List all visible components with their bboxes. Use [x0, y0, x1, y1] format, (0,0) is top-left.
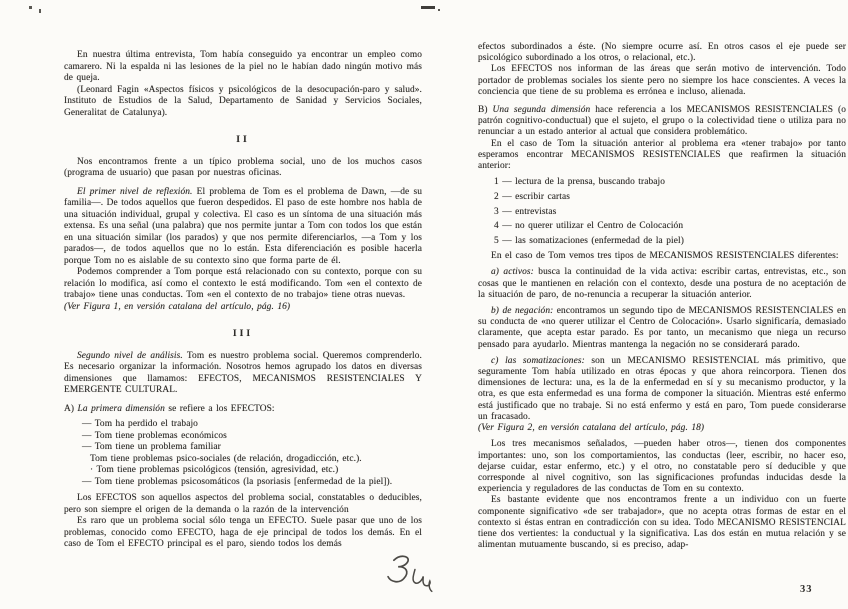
scanned-article-page: En nuestra última entrevista, Tom había … [0, 0, 848, 609]
paragraph-text: se refiere a los EFECTOS: [165, 404, 275, 414]
paragraph-dimension-b: B) Una segunda dimensión hace referencia… [478, 105, 846, 139]
handwritten-mark [382, 551, 437, 607]
paragraph-dimension-a: A) La primera dimensión se refiere a los… [64, 404, 422, 416]
page-number: 33 [800, 584, 813, 595]
italic-lead: La primera dimensión [78, 404, 165, 414]
list-item: 5 — las somatizaciones (enfermedad de la… [494, 236, 846, 247]
paragraph-three-types: En el caso de Tom vemos tres tipos de ME… [478, 251, 846, 262]
resistance-mechanisms-list: 1 — lectura de la prensa, buscando traba… [494, 177, 846, 247]
paragraph-type-b: b) de negación: encontramos un segundo t… [478, 306, 846, 351]
list-item: 1 — lectura de la prensa, buscando traba… [494, 177, 846, 188]
paragraph-text: busca la continuidad de la vida activa: … [478, 267, 846, 299]
list-item: 3 — entrevistas [494, 207, 846, 218]
paragraph-components: Los tres mecanismos señalados, —pueden h… [478, 439, 846, 495]
paragraph-type-c: c) las somatizaciones: son un MECANISMO … [478, 356, 846, 423]
scan-dot-artifact [438, 9, 440, 11]
paragraph-effects-inform: Los EFECTOS nos informan de las áreas qu… [478, 64, 846, 98]
list-item: · Tom tiene problemas psicológicos (tens… [90, 465, 422, 477]
effects-list: — Tom ha perdido el trabajo — Tom tiene … [82, 419, 422, 488]
scan-dash-artifact [421, 6, 435, 9]
paragraph-social-problem: Nos encontramos frente a un típico probl… [64, 157, 422, 180]
italic-lead: b) de negación: [491, 306, 553, 316]
scan-speck-icon [29, 6, 32, 9]
paragraph-podemos: Podemos comprender a Tom porque está rel… [64, 267, 422, 302]
paragraph-intro: En nuestra última entrevista, Tom había … [64, 50, 422, 85]
italic-lead: Una segunda dimensión [493, 105, 591, 115]
item-letter: A) [64, 404, 78, 414]
paragraph-citation: (Leonard Fagin «Aspectos físicos y psico… [64, 85, 422, 120]
paragraph-text: El problema de Tom es el problema de Daw… [64, 187, 422, 266]
right-column: efectos subordinados a éste. (No siempre… [478, 42, 846, 551]
left-column: En nuestra última entrevista, Tom había … [64, 50, 422, 551]
list-item: — Tom tiene un problema familiar [82, 442, 422, 454]
list-item: — Tom tiene problemas psicosomáticos (la… [82, 477, 422, 489]
figure-reference-1: (Ver Figura 1, en versión catalana del a… [64, 302, 422, 314]
section-heading-3: III [64, 328, 422, 340]
paragraph-effects-definition: Los EFECTOS son aquellos aspectos del pr… [64, 493, 422, 516]
paragraph-type-a: a) activos: busca la continuidad de la v… [478, 267, 846, 301]
paragraph-es-raro: Es raro que un problema social sólo teng… [64, 516, 422, 551]
figure-reference-2: (Ver Figura 2, en versión catalana del a… [478, 423, 846, 434]
item-letter: B) [478, 105, 493, 115]
list-item: Tom tiene problemas psico-sociales (de r… [90, 454, 422, 466]
scan-speck-icon [39, 9, 41, 13]
list-item: 4 — no querer utilizar el Centro de Colo… [494, 221, 846, 232]
list-item: — Tom ha perdido el trabajo [82, 419, 422, 431]
italic-lead: El primer nivel de reflexión. [77, 187, 192, 197]
section-heading-2: II [64, 134, 422, 146]
paragraph-effects-continued: efectos subordinados a éste. (No siempre… [478, 42, 846, 64]
italic-lead: Segundo nivel de análisis. [77, 351, 183, 361]
paragraph-second-level: Segundo nivel de análisis. Tom es nuestr… [64, 351, 422, 397]
paragraph-first-level: El primer nivel de reflexión. El problem… [64, 187, 422, 268]
list-item: — Tom tiene problemas económicos [82, 431, 422, 443]
paragraph-previous-situation: En el caso de Tom la situación anterior … [478, 139, 846, 173]
list-item: 2 — escribir cartas [494, 192, 846, 203]
italic-lead: c) las somatizaciones: [491, 356, 585, 366]
handwritten-scribble-icon [383, 551, 438, 602]
paragraph-evident: Es bastante evidente que nos encontramos… [478, 495, 846, 551]
italic-lead: a) activos: [491, 267, 534, 277]
